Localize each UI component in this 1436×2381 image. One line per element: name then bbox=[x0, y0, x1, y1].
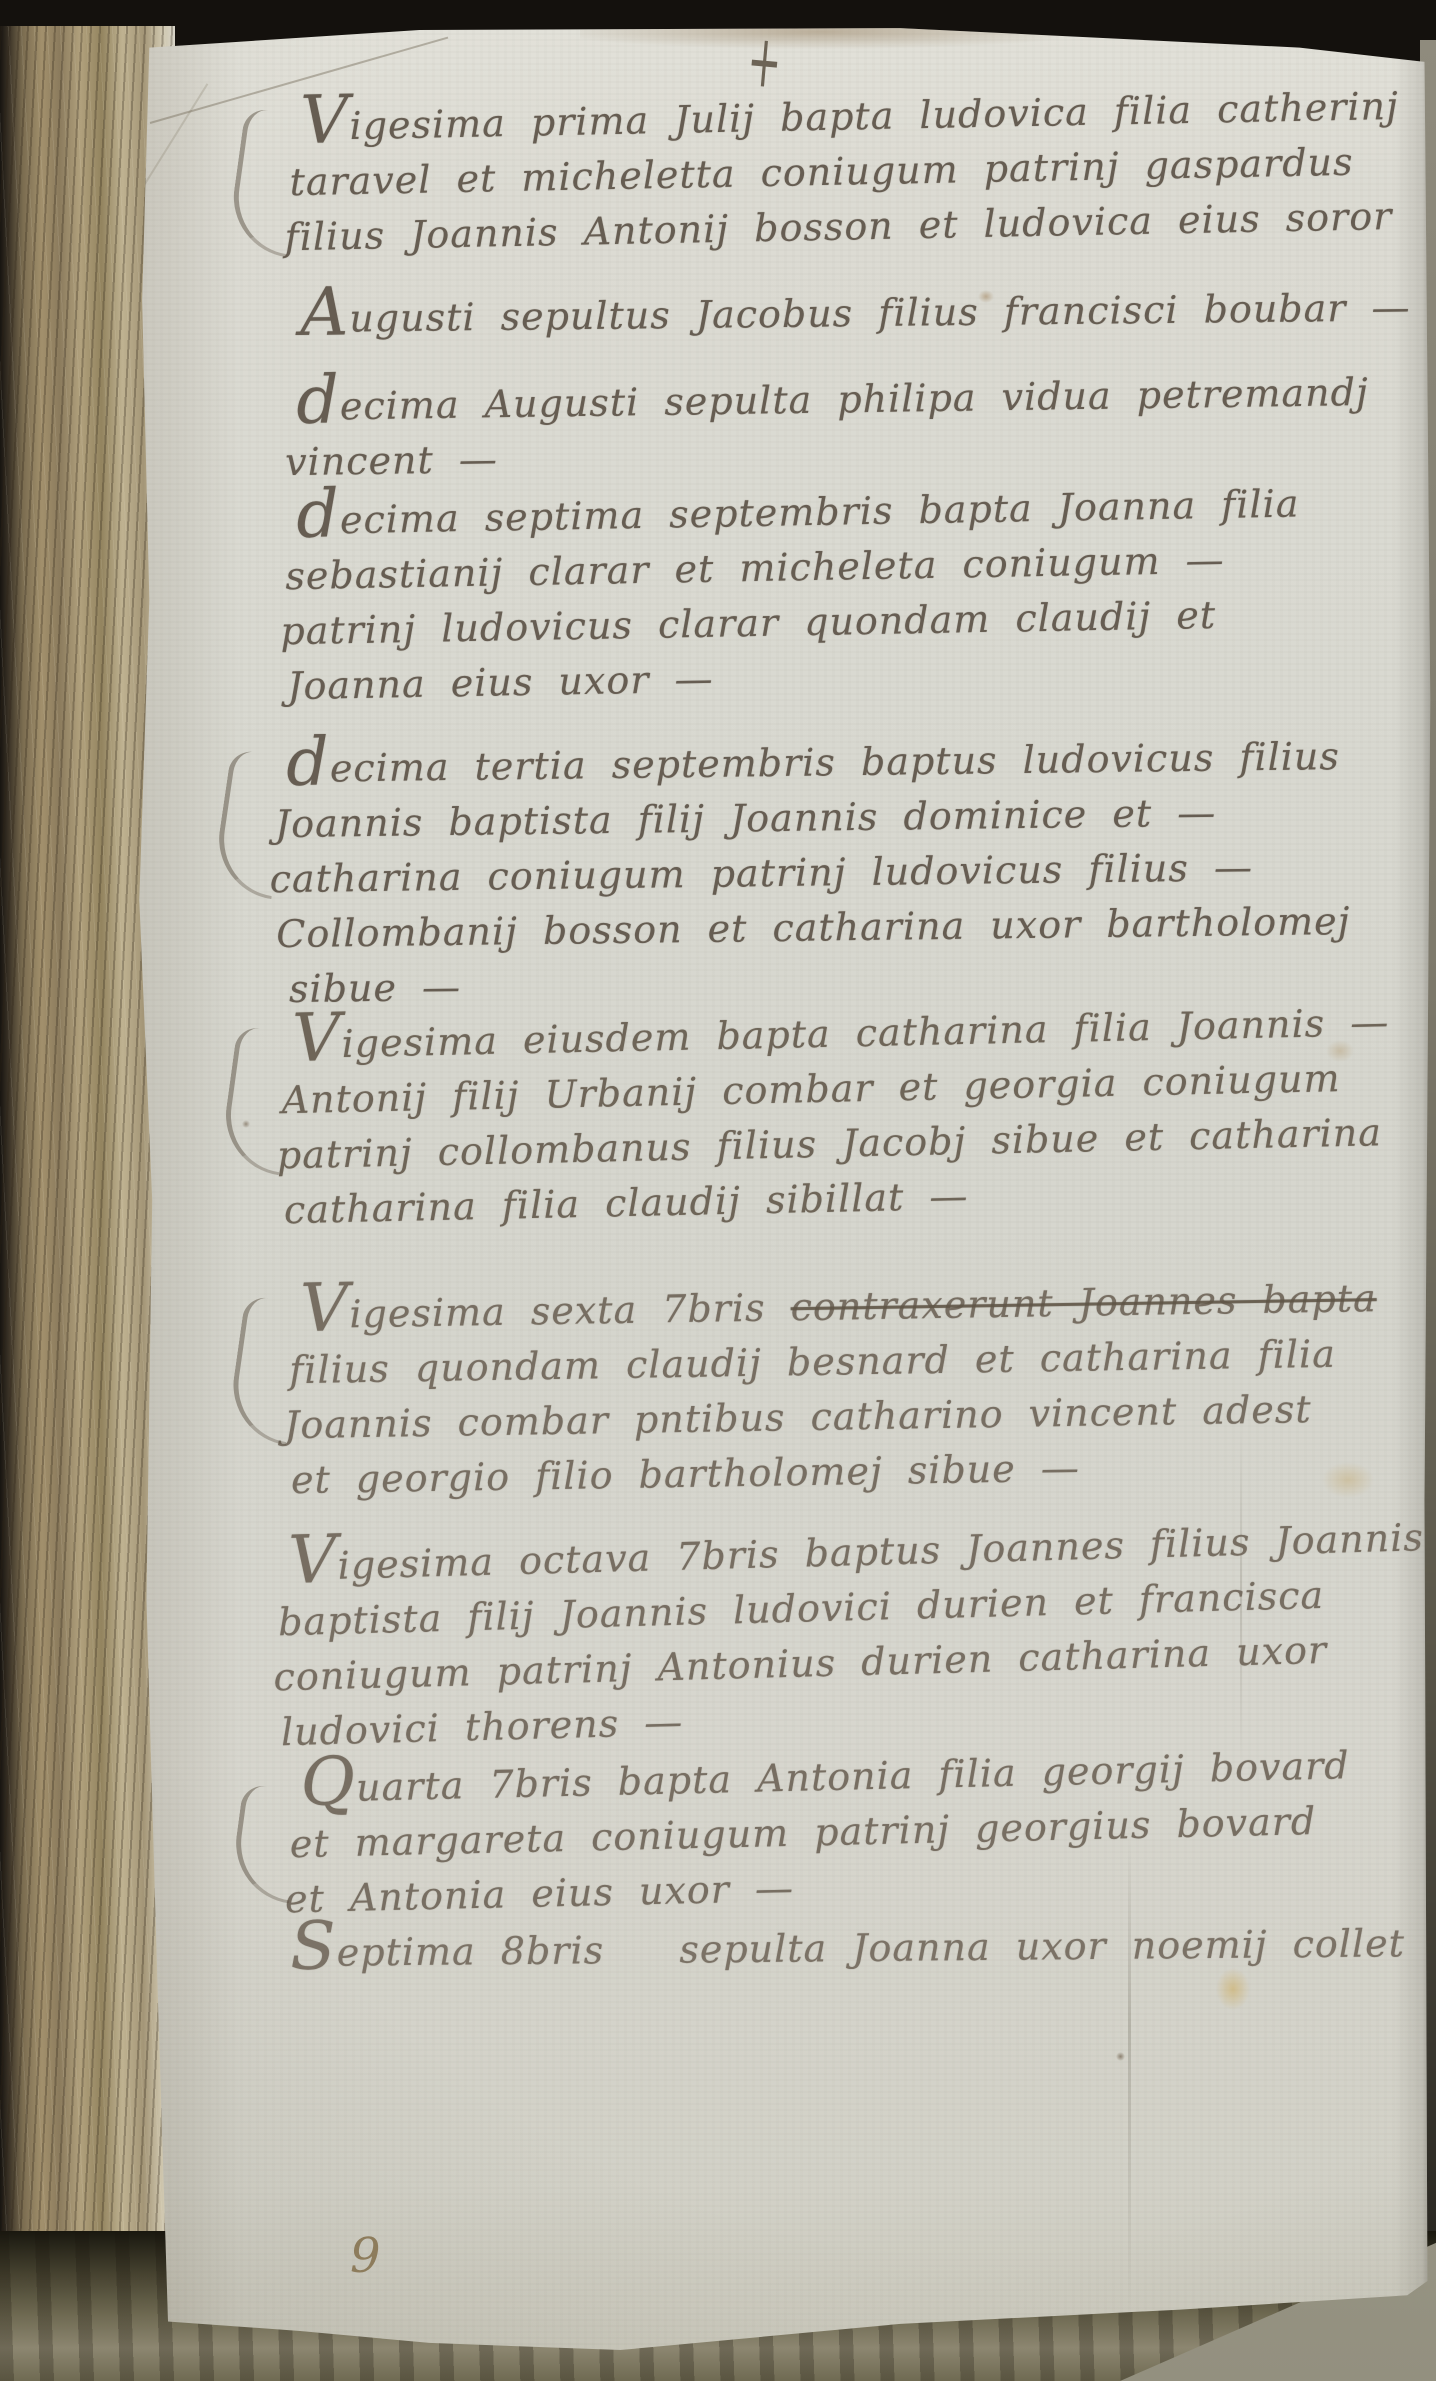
manuscript-record: Vigesima prima Julij bapta ludovica fili… bbox=[300, 79, 1401, 265]
handwritten-text: et Antonia eius uxor — bbox=[285, 1866, 795, 1922]
handwritten-text: Collombanij bosson et catharina uxor bar… bbox=[276, 899, 1351, 956]
handwritten-text: filius quondam claudij besnard et cathar… bbox=[289, 1332, 1336, 1392]
handwritten-text: sebastianij clarar et micheleta coniugum… bbox=[285, 538, 1225, 598]
initial-letter: V bbox=[289, 1559, 338, 1560]
record-line: Septima 8bris sepulta Joanna uxor noemij… bbox=[290, 1916, 1405, 1981]
vertical-crease-line bbox=[1128, 1840, 1131, 2310]
handwritten-text: patrinj ludovicus clarar quondam claudij… bbox=[280, 593, 1216, 653]
record-line: Augusti sepultus Jacobus filius francisc… bbox=[300, 280, 1411, 347]
manuscript-record: Vigesima sexta 7bris contraxerunt Joanne… bbox=[300, 1271, 1380, 1508]
handwritten-text: ecima Augusti sepulta philipa vidua petr… bbox=[340, 370, 1369, 428]
initial-letter: d bbox=[296, 399, 340, 400]
manuscript-page: + Vigesima prima Julij bapta ludovica fi… bbox=[0, 0, 1436, 2381]
initial-letter: d bbox=[286, 761, 330, 762]
manuscript-record: Septima 8bris sepulta Joanna uxor noemij… bbox=[290, 1916, 1405, 1981]
initial-letter: V bbox=[300, 1307, 349, 1308]
handwritten-text: igesima sexta 7bris bbox=[349, 1285, 791, 1336]
paper-speck bbox=[1116, 2052, 1125, 2061]
manuscript-record: decima Augusti sepulta philipa vidua pet… bbox=[296, 365, 1370, 490]
handwritten-text: catharina filia claudij sibillat — bbox=[284, 1174, 969, 1232]
initial-letter: Q bbox=[300, 1781, 356, 1782]
initial-letter: V bbox=[292, 1037, 341, 1038]
manuscript-record: decima tertia septembris baptus ludovicu… bbox=[286, 729, 1351, 1017]
manuscript-record: decima septima septembris bapta Joanna f… bbox=[296, 476, 1303, 713]
manuscript-photo: + Vigesima prima Julij bapta ludovica fi… bbox=[0, 0, 1436, 2381]
manuscript-record: Augusti sepultus Jacobus filius francisc… bbox=[300, 280, 1411, 347]
paper-stain bbox=[1216, 1968, 1250, 2010]
handwritten-text: et georgio filio bartholomej sibue — bbox=[291, 1446, 1080, 1502]
handwritten-text: eptima 8bris sepulta Joanna uxor noemij … bbox=[337, 1921, 1405, 1974]
manuscript-record: Vigesima octava 7bris baptus Joannes fil… bbox=[288, 1510, 1429, 1760]
initial-letter: d bbox=[296, 513, 340, 514]
manuscript-record: Quarta 7bris bapta Antonia filia georgij… bbox=[300, 1738, 1353, 1927]
manuscript-record: Vigesima eiusdem bapta catharina filia J… bbox=[292, 995, 1393, 1238]
struck-text: contraxerunt Joannes bapta bbox=[790, 1276, 1377, 1329]
handwritten-text: Joannis baptista filij Joannis dominice … bbox=[275, 791, 1217, 846]
initial-letter: A bbox=[300, 311, 349, 312]
handwritten-text: Joanna eius uxor — bbox=[287, 657, 714, 708]
handwritten-text: Joannis combar pntibus catharino vincent… bbox=[284, 1387, 1312, 1447]
handwritten-text: ecima tertia septembris baptus ludovicus… bbox=[330, 734, 1340, 790]
handwritten-text: catharina coniugum patrinj ludovicus fil… bbox=[269, 845, 1253, 901]
initial-letter: V bbox=[300, 119, 349, 120]
handwritten-text: ugusti sepultus Jacobus filius francisci… bbox=[349, 285, 1411, 340]
page-number: 9 bbox=[350, 2228, 381, 2284]
